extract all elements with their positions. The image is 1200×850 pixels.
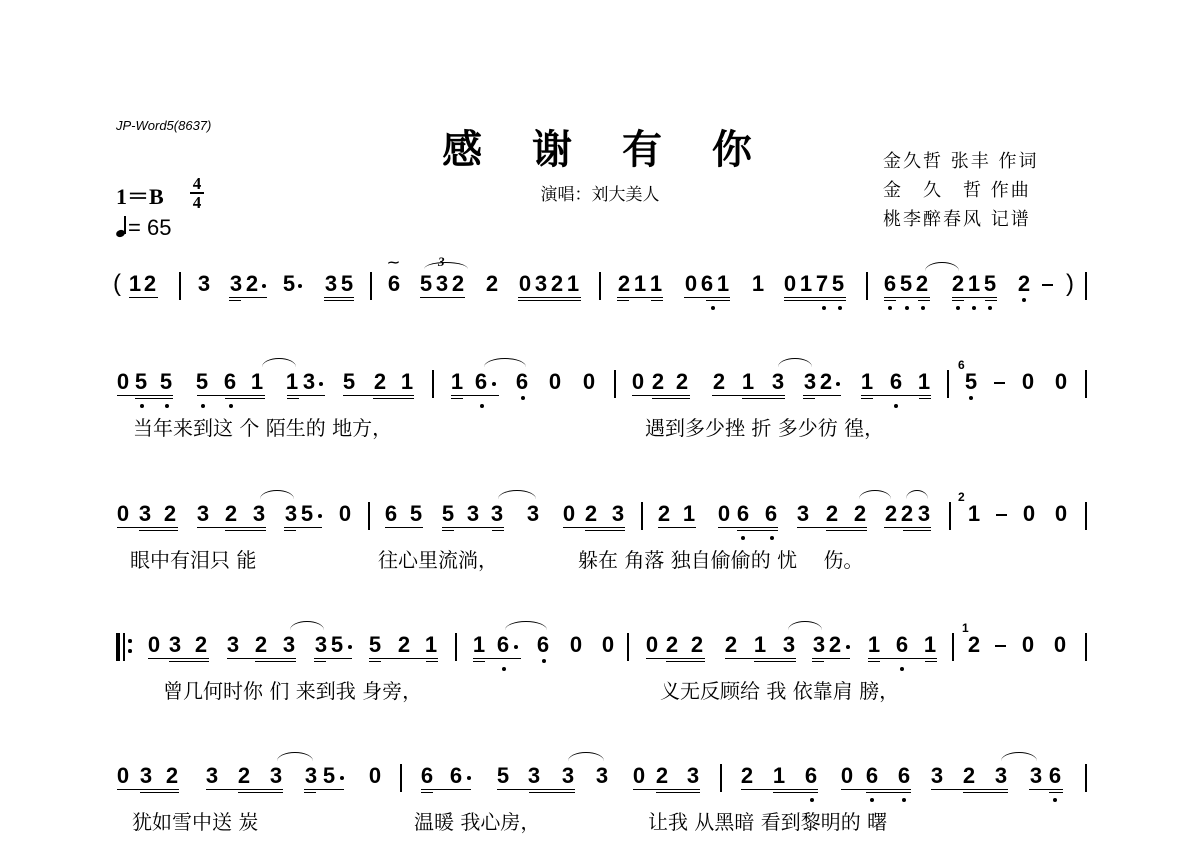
close-paren: ) (1066, 270, 1074, 298)
barline (400, 764, 402, 792)
note: 1 (566, 272, 580, 296)
lyricist-credit: 金久哲 张丰 作词 (883, 147, 1038, 176)
lyric-line: 犹如雪中送 炭 (132, 806, 258, 835)
note: 2 (485, 272, 499, 296)
grace-note: 2 (958, 490, 965, 504)
note: 3 (229, 272, 243, 296)
tempo-value: = 65 (128, 215, 171, 240)
note: 2 (1017, 272, 1031, 296)
barline (866, 272, 868, 300)
note: 3 (324, 272, 338, 296)
barline (1085, 764, 1087, 792)
transcriber-credit: 桃李醉春风 记谱 (883, 205, 1038, 234)
note: 6 (700, 272, 714, 296)
barline (641, 502, 643, 530)
barline (614, 370, 616, 398)
credits-block: 金久哲 张丰 作词 金 久 哲 作曲 桃李醉春风 记谱 (883, 147, 1038, 234)
note: 3 (197, 272, 211, 296)
time-signature-top: 4 (190, 176, 204, 191)
composer-credit: 金 久 哲 作曲 (883, 176, 1038, 205)
note: 2 (617, 272, 631, 296)
note: 2 (915, 272, 929, 296)
note: 1 (128, 272, 142, 296)
note: 1 (633, 272, 647, 296)
note: 2 (143, 272, 157, 296)
lyric-line: 温暖 我心房， (414, 806, 540, 835)
note: 2 (451, 272, 465, 296)
barline (370, 272, 372, 300)
score-line-5: 0 3 2 3 2 3 3 5 0 6 6 5 3 3 3 0 2 3 2 1 … (0, 764, 1200, 844)
barline (1085, 502, 1087, 530)
lyric-line: 义无反顾给 我 依靠肩 膀， (660, 675, 899, 704)
score-line-3: 0 3 2 3 2 3 3 5 0 6 5 5 3 3 3 0 2 3 2 1 … (0, 502, 1200, 582)
barline (627, 633, 629, 661)
note: 0 (783, 272, 797, 296)
open-paren: ( (113, 270, 121, 298)
note: 1 (799, 272, 813, 296)
lyric-line: 当年来到这 个 陌生的 地方， (133, 412, 392, 441)
barline (720, 764, 722, 792)
note: 0 (518, 272, 532, 296)
note: 0 (684, 272, 698, 296)
note: 6 (387, 272, 401, 296)
note: 1 (967, 272, 981, 296)
note: 2 (951, 272, 965, 296)
note: 6 (883, 272, 897, 296)
note: 1 (649, 272, 663, 296)
note: 5 (831, 272, 845, 296)
note: 3 (534, 272, 548, 296)
lyric-line: 眼中有泪只 能 (130, 544, 256, 573)
barline (455, 633, 457, 661)
note: 5 (899, 272, 913, 296)
note: 1 (751, 272, 765, 296)
barline (1085, 370, 1087, 398)
barline (947, 370, 949, 398)
note: 2 (550, 272, 564, 296)
barline (949, 502, 951, 530)
note: 5 (419, 272, 433, 296)
lyric-line: 遇到多少挫 折 多少彷 徨， (645, 412, 884, 441)
repeat-start-barline (116, 633, 120, 661)
lyric-line: 让我 从黑暗 看到黎明的 曙 (648, 806, 887, 835)
lyric-line: 躲在 角落 独自偷偷的 忧 伤。 (578, 544, 863, 573)
barline (368, 502, 370, 530)
lyric-line: 往心里流淌， (378, 544, 498, 573)
note: 1 (716, 272, 730, 296)
note: 5 (983, 272, 997, 296)
note: 5 (282, 272, 296, 296)
note: 7 (815, 272, 829, 296)
time-signature: 4 4 (190, 176, 204, 210)
tempo-marking: = 65 (116, 215, 171, 241)
time-signature-bottom: 4 (190, 195, 204, 210)
note: 2 (245, 272, 259, 296)
key-signature: 1＝B (116, 180, 164, 211)
barline (599, 272, 601, 300)
extension-dash (1042, 284, 1053, 286)
barline (952, 633, 954, 661)
barline (1085, 633, 1087, 661)
score-line-1: ( 1 2 3 3 2 5 3 5 ⁓ 6 3 5 3 2 2 0 3 2 1 … (0, 272, 1200, 312)
note: 3 (435, 272, 449, 296)
mordent-icon: ⁓ (388, 256, 399, 269)
note: 5 (340, 272, 354, 296)
quarter-note-icon (116, 215, 128, 239)
barline (432, 370, 434, 398)
score-line-4: 0 3 2 3 2 3 3 5 5 2 1 1 6 6 0 0 0 2 2 2 … (0, 633, 1200, 713)
score-line-2: 0 5 5 5 6 1 1 3 5 2 1 1 6 6 0 0 0 2 2 2 … (0, 370, 1200, 450)
barline (179, 272, 181, 300)
lyric-line: 曾几何时你 们 来到我 身旁， (163, 675, 422, 704)
barline (1085, 272, 1087, 300)
